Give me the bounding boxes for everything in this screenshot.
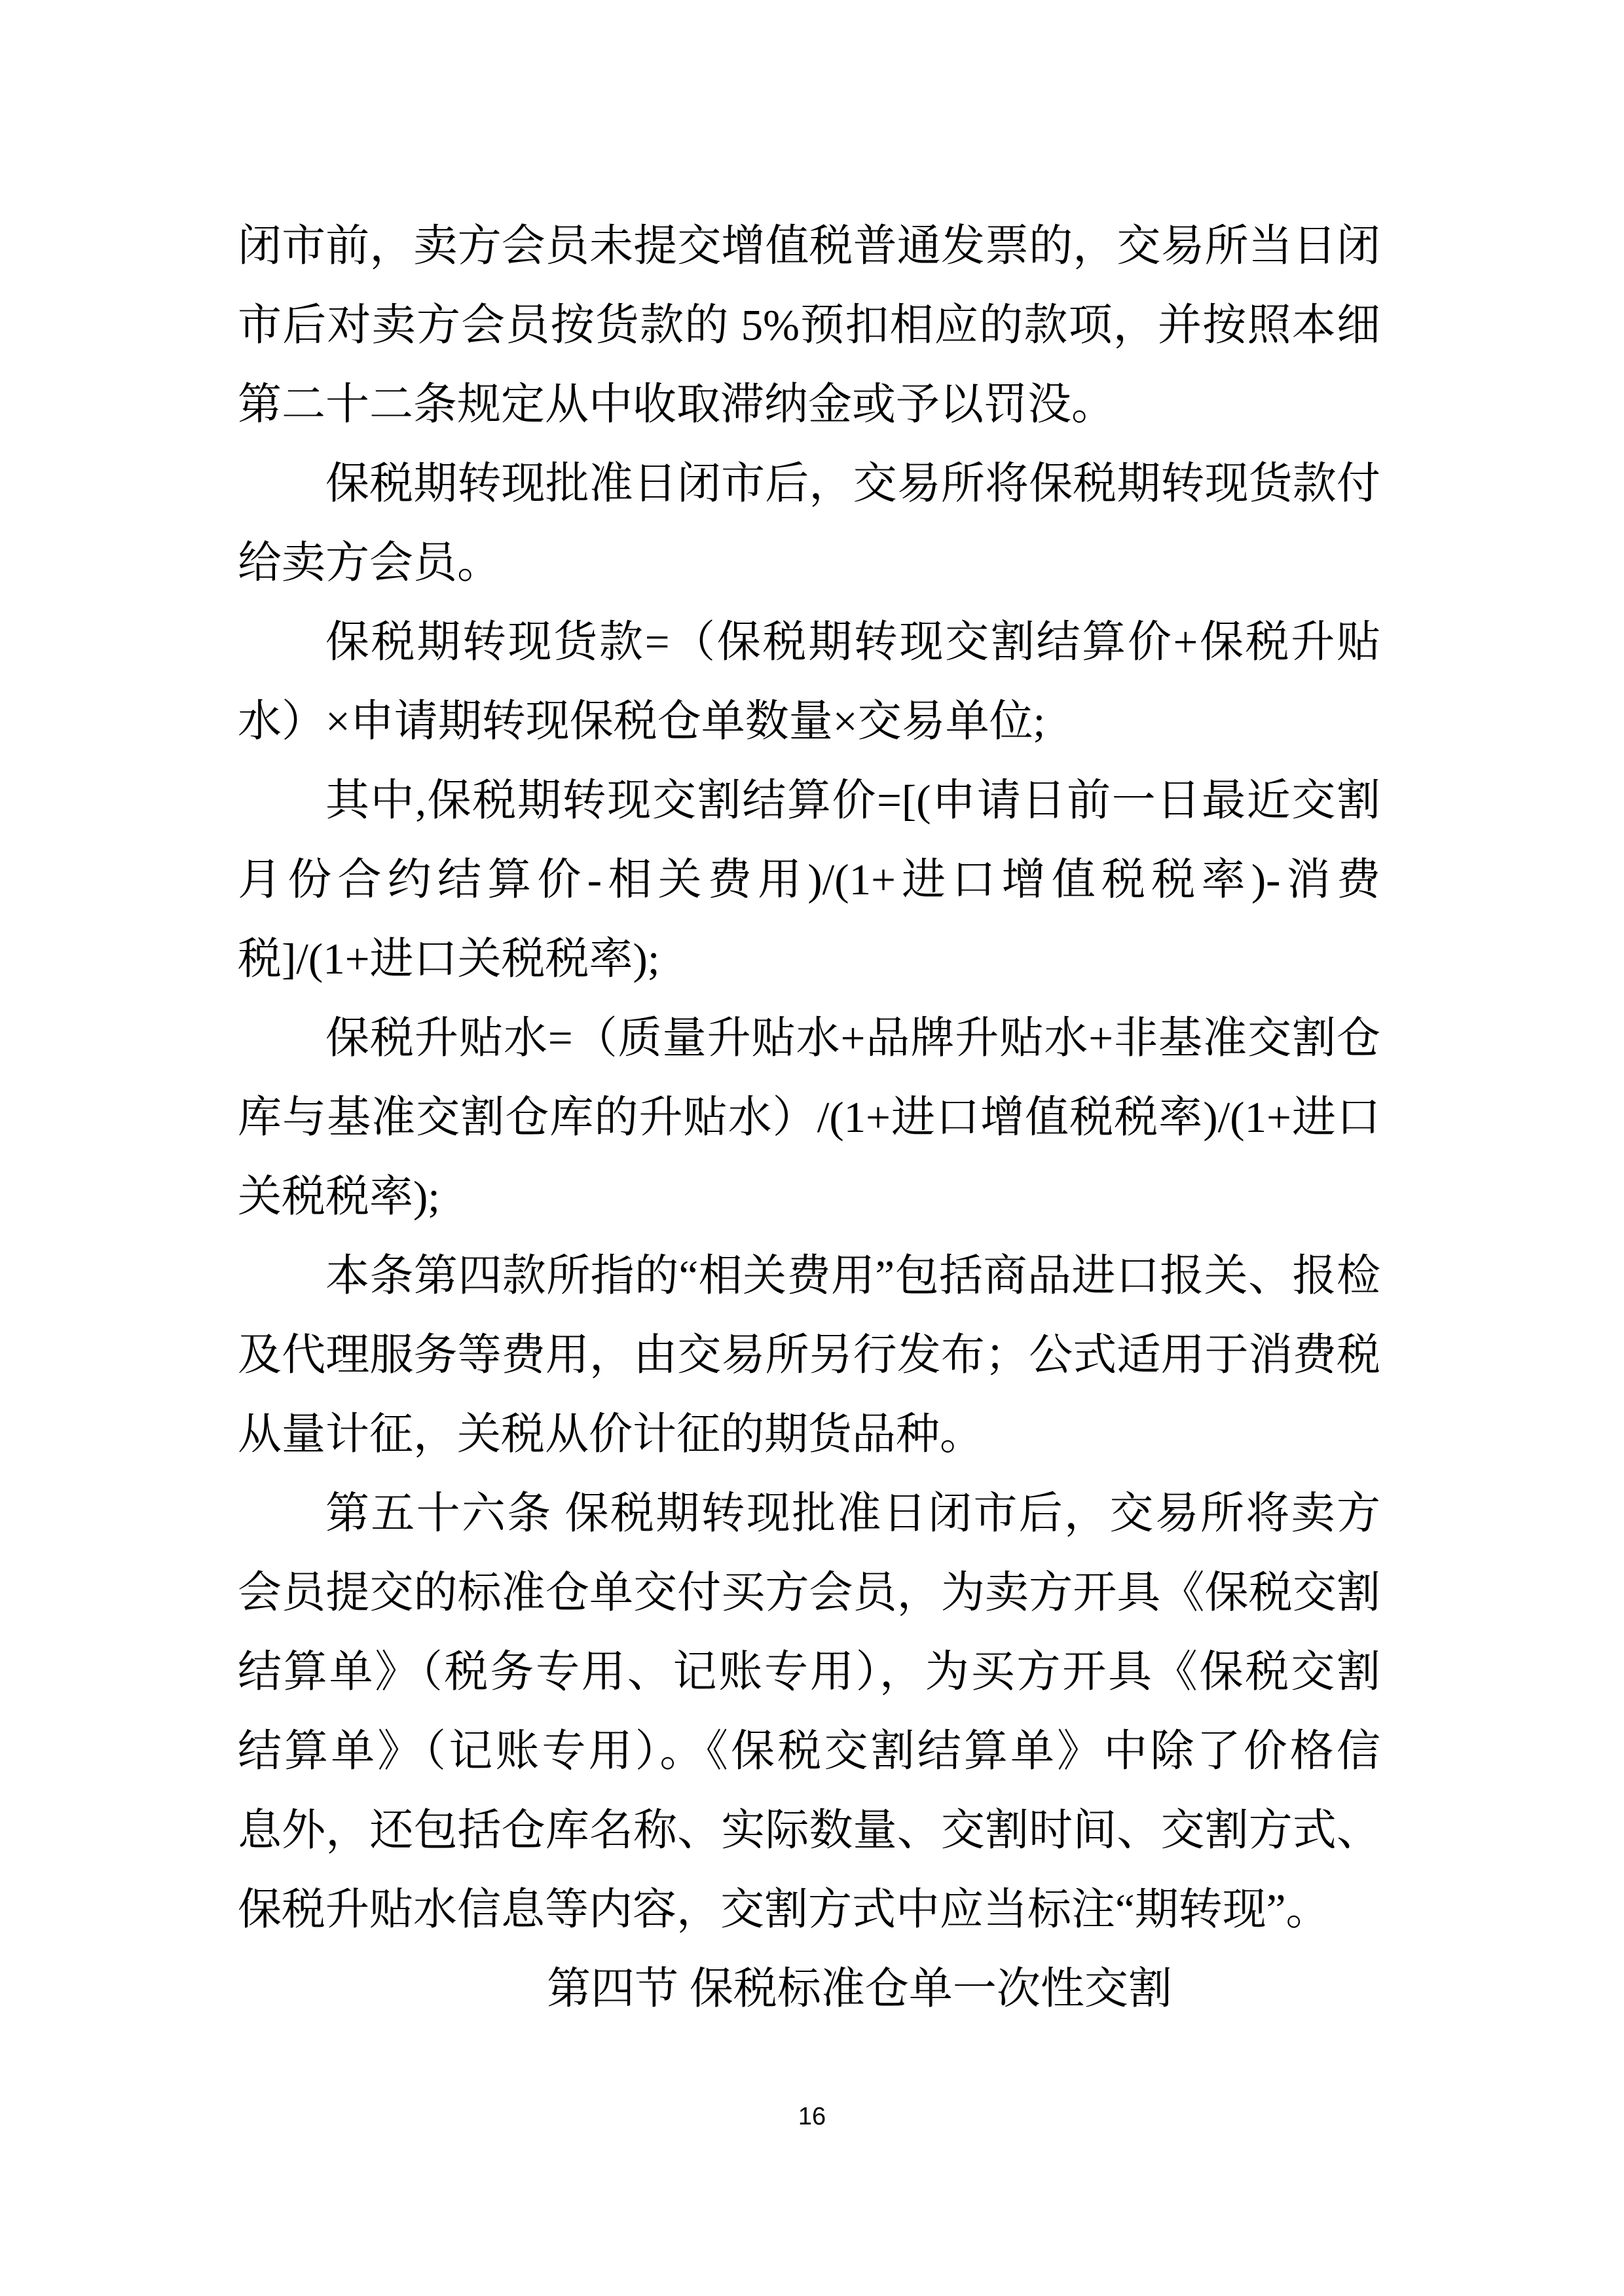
document-body: 闭市前，卖方会员未提交增值税普通发票的，交易所当日闭 市后对卖方会员按货款的 5…	[238, 207, 1380, 2029]
text-line: 保税升贴水=（质量升贴水+品牌升贴水+非基准交割仓	[238, 999, 1380, 1078]
text-line: 关税税率);	[238, 1157, 1380, 1237]
text-line: 水）×申请期转现保税仓单数量×交易单位;	[238, 682, 1380, 761]
text-line: 保税升贴水信息等内容，交割方式中应当标注“期转现”。	[238, 1870, 1380, 1950]
text-line: 第五十六条 保税期转现批准日闭市后，交易所将卖方	[238, 1474, 1380, 1554]
text-line: 保税期转现批准日闭市后，交易所将保税期转现货款付	[238, 445, 1380, 524]
text-line: 息外，还包括仓库名称、实际数量、交割时间、交割方式、	[238, 1791, 1380, 1870]
section-heading: 第四节 保税标准仓单一次性交割	[238, 1950, 1380, 2029]
text-line: 从量计征，关税从价计征的期货品种。	[238, 1395, 1380, 1474]
text-line: 结算单》（税务专用、记账专用），为买方开具《保税交割	[238, 1633, 1380, 1712]
text-line: 保税期转现货款=（保税期转现交割结算价+保税升贴	[238, 603, 1380, 682]
text-line: 库与基准交割仓库的升贴水）/(1+进口增值税税率)/(1+进口	[238, 1078, 1380, 1157]
text-line: 给卖方会员。	[238, 524, 1380, 603]
text-line: 其中,保税期转现交割结算价=[(申请日前一日最近交割	[238, 761, 1380, 841]
text-line: 月份合约结算价-相关费用)/(1+进口增值税税率)-消费	[238, 841, 1380, 920]
text-line: 税]/(1+进口关税税率);	[238, 920, 1380, 999]
text-line: 第二十二条规定从中收取滞纳金或予以罚没。	[238, 365, 1380, 445]
page-number: 16	[0, 2098, 1624, 2135]
text-line: 结算单》（记账专用）。《保税交割结算单》中除了价格信	[238, 1712, 1380, 1791]
text-line: 会员提交的标准仓单交付买方会员，为卖方开具《保税交割	[238, 1554, 1380, 1633]
text-line: 及代理服务等费用，由交易所另行发布；公式适用于消费税	[238, 1316, 1380, 1395]
text-line: 市后对卖方会员按货款的 5%预扣相应的款项，并按照本细则	[238, 286, 1380, 365]
text-line: 本条第四款所指的“相关费用”包括商品进口报关、报检	[238, 1237, 1380, 1316]
document-page: 闭市前，卖方会员未提交增值税普通发票的，交易所当日闭 市后对卖方会员按货款的 5…	[0, 0, 1624, 2296]
text-line: 闭市前，卖方会员未提交增值税普通发票的，交易所当日闭	[238, 207, 1380, 286]
